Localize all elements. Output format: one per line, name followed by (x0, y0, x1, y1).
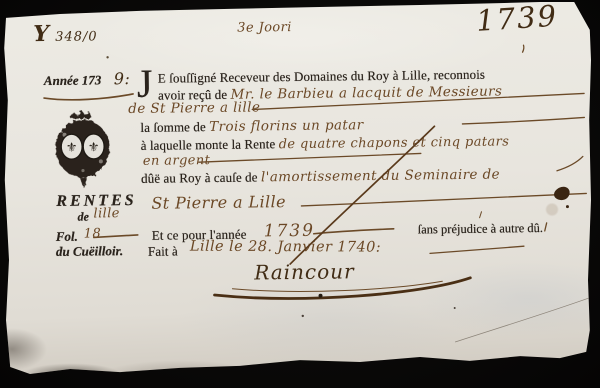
document-content: Y 348/0 3e Joori 1739 Année 173 9: J E ſ… (0, 0, 600, 388)
cueilloir-label: du Cuëilloir. (56, 243, 123, 260)
apostrophe-mark (522, 45, 523, 52)
de-label: de (77, 210, 89, 225)
royal-seal-stamp: ⚜ ⚜ (50, 106, 115, 191)
written-date-place: Lille le 28. Janvier 1740: (190, 239, 381, 256)
written-payer-place: de St Pierre a lille (128, 99, 260, 117)
signature: Raincour (254, 259, 355, 284)
written-cause: l'amortissement du Seminaire de (261, 166, 500, 185)
written-rente-detail: de quatre chapons et cinq patars (279, 134, 510, 152)
paper-hole (319, 294, 323, 298)
annee-underline (44, 94, 133, 100)
printed-sans-prejudice: ſans préjudice à autre dû. (418, 221, 543, 238)
seal-crown (70, 109, 92, 118)
document-paper: Y 348/0 3e Joori 1739 Année 173 9: J E ſ… (0, 0, 600, 388)
ink-blot (554, 187, 570, 201)
center-note: 3e Joori (237, 20, 292, 36)
annee-dash (314, 229, 394, 234)
written-payer-name: Mr. le Barbieu a lacquit de Messieurs (230, 83, 502, 102)
printed-rente: à laquelle monte la Rente (141, 136, 276, 153)
written-fol-number: 18 (84, 226, 102, 241)
line-4: la ſomme de Trois florins un patar (140, 117, 363, 136)
speck (106, 56, 108, 58)
mark-tick (545, 223, 547, 231)
written-amount: Trois florins un patar (209, 117, 364, 135)
year-annotation: 1739 (475, 0, 559, 38)
printed-la-somme: la ſomme de (140, 119, 206, 135)
annee-label: Année 173 (44, 72, 102, 89)
printed-due-au-roy: dûë au Roy à cauſe de (141, 169, 258, 185)
ink-droplet (566, 205, 569, 208)
date-dash (430, 246, 524, 253)
seal-tail (79, 177, 87, 189)
speck (454, 307, 456, 309)
line-5: à laquelle monte la Rente de quatre chap… (141, 133, 510, 154)
fleur-de-lis-icon: ⚜ (66, 140, 78, 155)
dropcap-j: J (137, 64, 153, 104)
line-7: dûë au Roy à cauſe de l'amortissement du… (141, 166, 500, 186)
printed-fait-a: Fait à (148, 243, 178, 259)
written-en-argent: en argent (143, 153, 211, 169)
annee-digit-written: 9: (114, 69, 131, 88)
rule-line-argent (199, 153, 421, 162)
rule-line-amount (462, 117, 584, 123)
rule-line-place (301, 193, 586, 205)
fol-label: Fol. (56, 229, 78, 245)
small-tick (480, 212, 482, 218)
scratch-line (455, 296, 595, 342)
written-de-place: lille (93, 206, 120, 221)
photo-stage: Y 348/0 3e Joori 1739 Année 173 9: J E ſ… (0, 0, 600, 388)
speck (302, 315, 304, 317)
rule-hook-cause (557, 156, 583, 170)
written-place-line: St Pierre a Lille (151, 192, 286, 213)
inventory-mark: Y 348/0 (33, 20, 98, 47)
fleur-de-lis-icon: ⚜ (88, 139, 100, 154)
